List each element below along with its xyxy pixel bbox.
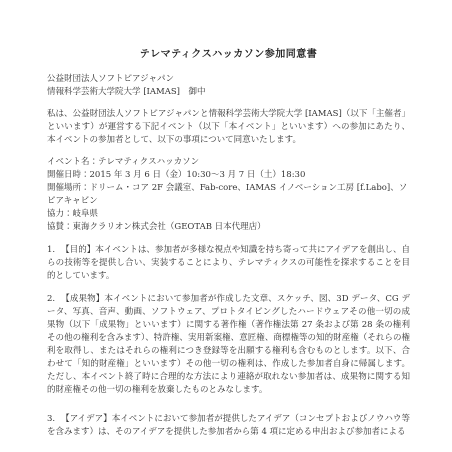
consent-document-page: テレマティクスハッカソン参加同意書 公益財団法人ソフトピアジャパン 情報科学芸術…	[0, 0, 452, 452]
event-datetime-line: 開催日時：2015 年 3 月 6 日（金）10:30〜3 月 7 日（土）18…	[47, 169, 410, 182]
clause-heading: 【目的】	[61, 245, 95, 255]
addressee-line-organization: 公益財団法人ソフトピアジャパン	[47, 73, 410, 86]
intro-paragraph: 私は、公益財団法人ソフトピアジャパンと情報科学芸術大学院大学 [IAMAS]（以…	[47, 108, 410, 147]
event-cooperation-line: 協力：岐阜県	[47, 208, 410, 221]
clause-paragraph-purpose: 1.【目的】本イベントは、参加者が多様な視点や知識を持ち寄って共にアイデアを創出…	[47, 244, 410, 283]
clause-number: 3.	[47, 414, 55, 424]
addressee-block: 公益財団法人ソフトピアジャパン 情報科学芸術大学院大学 [IAMAS] 御中	[47, 73, 410, 99]
clause-paragraph-idea: 3.【アイデア】本イベントにおいて参加者が提供したアイデア（コンセプトおよびノウ…	[47, 413, 410, 439]
addressee-line-university: 情報科学芸術大学院大学 [IAMAS] 御中	[47, 86, 410, 99]
event-sponsor-line: 協賛：東海クラリオン株式会社（GEOTAB 日本代理店）	[47, 221, 410, 234]
event-name-line: イベント名：テレマティクスハッカソン	[47, 156, 410, 169]
clause-body: 本イベントにおいて参加者が作成した文章、スケッチ、図、3D データ、CG データ…	[47, 294, 410, 395]
clause-heading: 【成果物】	[61, 294, 104, 304]
event-details-block: イベント名：テレマティクスハッカソン 開催日時：2015 年 3 月 6 日（金…	[47, 156, 410, 234]
document-title: テレマティクスハッカソン参加同意書	[47, 48, 410, 61]
clause-heading: 【アイデア】	[61, 414, 112, 424]
clause-body: 本イベントは、参加者が多様な視点や知識を持ち寄って共にアイデアを創出し、自らの技…	[47, 245, 410, 281]
clause-number: 2.	[47, 294, 55, 304]
event-venue-line: 開催場所：ドリーム・コア 2F 会議室、Fab-core、IAMAS イノベーシ…	[47, 182, 410, 208]
clause-number: 1.	[47, 245, 55, 255]
clause-paragraph-deliverables: 2.【成果物】本イベントにおいて参加者が作成した文章、スケッチ、図、3D データ…	[47, 293, 410, 397]
